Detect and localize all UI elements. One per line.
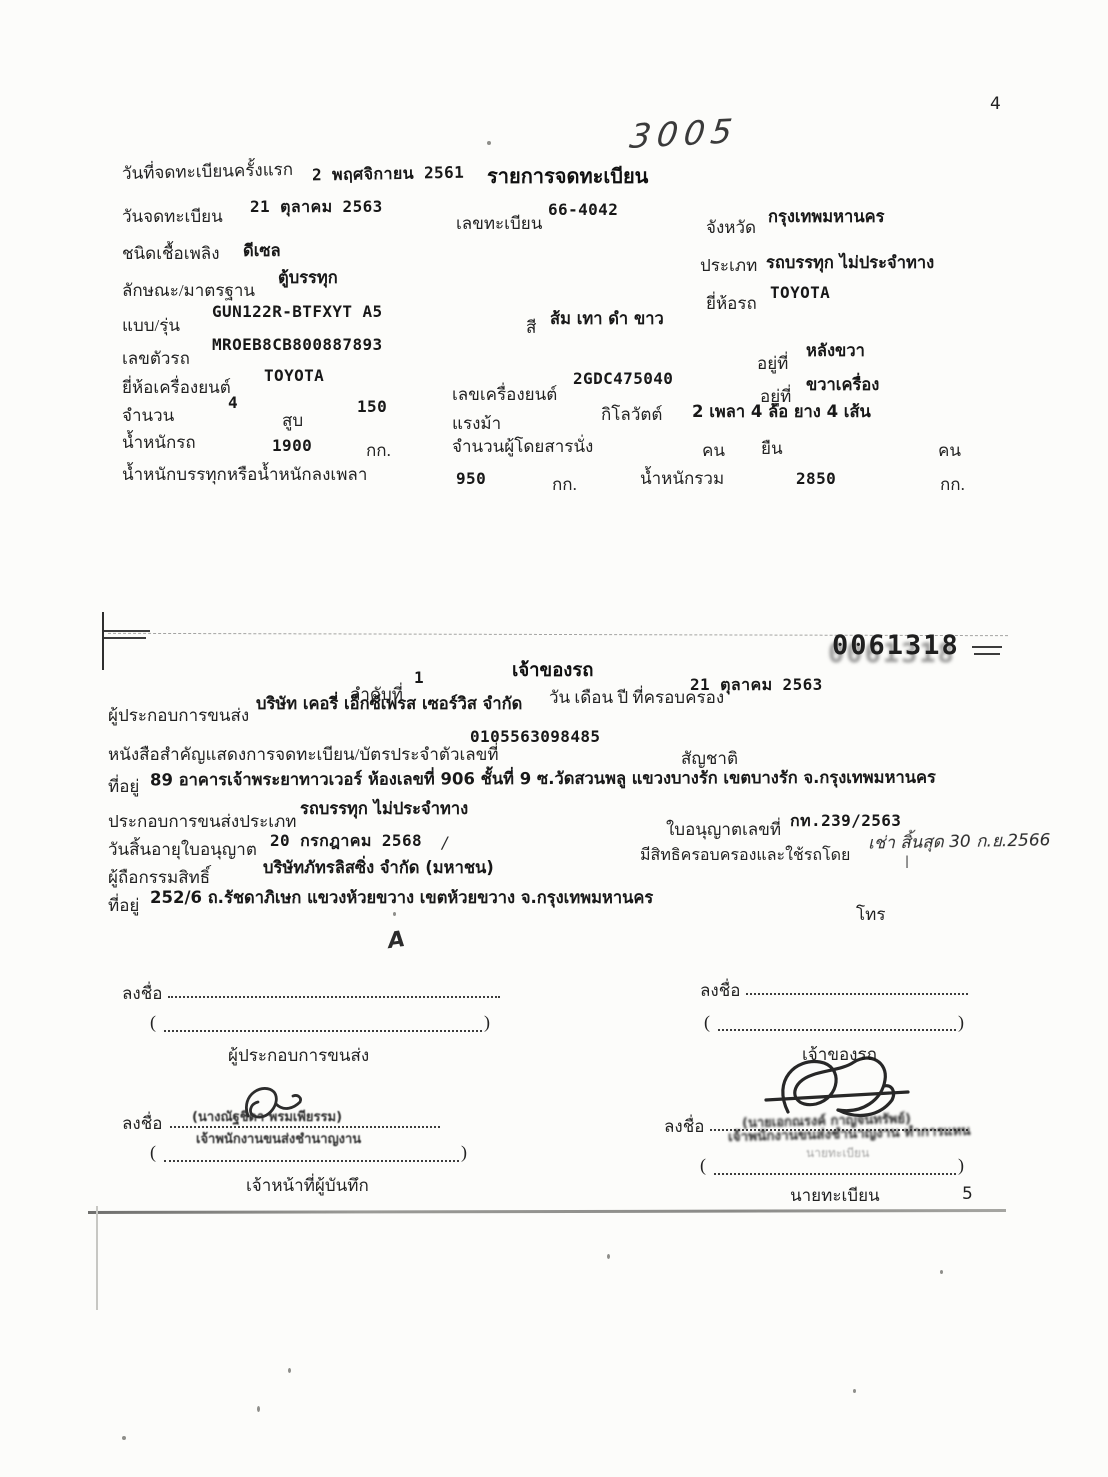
handwritten-caret-mark: | <box>905 854 909 868</box>
serial-stamp-number: 0061318 <box>832 630 960 661</box>
gross-weight-value: 2850 <box>796 469 836 488</box>
axles-wheels-tyres-value: 2 เพลา 4 ล้อ ยาง 4 เส้น <box>692 399 871 425</box>
license-number-label: ใบอนุญาตเลขที่ <box>666 816 781 843</box>
province-value: กรุงเทพมหานคร <box>768 204 885 230</box>
reg-date-label: วันจดทะเบียน <box>122 203 223 230</box>
speck <box>393 912 396 916</box>
reg-date-value: 21 ตุลาคม 2563 <box>250 195 383 220</box>
fuel-value: ดีเซล <box>243 238 281 264</box>
owner-paren-close: ) <box>958 1012 964 1033</box>
horsepower-value: 150 <box>357 397 387 416</box>
vin-position-value: หลังขวา <box>806 338 865 364</box>
plate-label: เลขทะเบียน <box>456 210 542 237</box>
page-number-top: 4 <box>990 94 1001 114</box>
plate-value: 66-4042 <box>548 200 618 219</box>
standing-unit: คน <box>938 437 961 464</box>
kilowatt-label: กิโลวัตต์ <box>601 401 662 428</box>
lienholder-address-value: 252/6 ถ.รัชดาภิเษก แขวงห้วยขวาง เขตห้วยข… <box>150 885 653 911</box>
registrar-faint-imprint: นายทะเบียน <box>806 1144 869 1163</box>
page-number-bottom: 5 <box>962 1184 973 1204</box>
divider-left-tick <box>102 612 104 670</box>
recorder-paren-open: ( <box>150 1142 156 1163</box>
recorder-stamp-name: (นางณัฐชิดา พรมเพียรรม) <box>192 1106 342 1127</box>
license-expiry-label: วันสิ้นอายุใบอนุญาต <box>108 836 257 863</box>
order-value: 1 <box>414 668 424 687</box>
recorder-paren-close: ) <box>461 1142 467 1163</box>
cylinders-label: จำนวน <box>122 402 174 429</box>
operator-address-value: 89 อาคารเจ้าพระยาทาวเวอร์ ห้องเลขที่ 906… <box>150 765 936 794</box>
lienholder-address-label: ที่อยู่ <box>108 892 139 919</box>
curb-weight-unit: กก. <box>366 437 391 464</box>
scan-left-edge <box>96 1206 98 1310</box>
registrar-role-label: นายทะเบียน <box>790 1182 880 1209</box>
speck <box>257 1406 260 1412</box>
first-reg-date-label: วันที่จดทะเบียนครั้งแรก <box>122 156 294 187</box>
license-expiry-value: 20 กรกฎาคม 2568 <box>270 829 422 854</box>
vin-position-label: อยู่ที่ <box>757 350 788 377</box>
recorder-name-line <box>164 1160 459 1162</box>
speck <box>940 1270 943 1274</box>
registrar-name-line <box>714 1173 956 1175</box>
operator-signature-line <box>168 996 500 998</box>
certificate-id-label: หนังสือสำคัญแสดงการจดทะเบียน/บัตรประจำตั… <box>108 741 499 768</box>
divider-equals-bottom <box>974 653 1000 655</box>
operator-paren-open: ( <box>150 1012 156 1033</box>
gross-weight-unit: กก. <box>940 471 965 498</box>
model-label: แบบ/รุ่น <box>122 312 180 339</box>
cylinders-value: 4 <box>228 393 238 412</box>
curb-weight-label: น้ำหนักรถ <box>122 429 196 456</box>
owner-paren-open: ( <box>704 1012 710 1033</box>
first-reg-date-value: 2 พฤศจิกายน 2561 <box>312 161 465 189</box>
seated-passengers-label: จำนวนผู้โดยสารนั่ง <box>452 433 593 460</box>
operator-role-label: ผู้ประกอบการขนส่ง <box>228 1042 369 1069</box>
speck <box>122 1436 126 1440</box>
curb-weight-value: 1900 <box>272 436 312 455</box>
fuel-label: ชนิดเชื้อเพลิง <box>122 240 220 267</box>
lienholder-value: บริษัทภัทรลิสซิ่ง จำกัด (มหาชน) <box>263 855 494 881</box>
possession-date-value: 21 ตุลาคม 2563 <box>690 673 823 698</box>
vin-value: MROEB8CB800887893 <box>212 335 383 354</box>
vin-label: เลขตัวรถ <box>122 345 190 372</box>
engine-brand-value: TOYOTA <box>264 366 324 385</box>
section-title-owner: เจ้าของรถ <box>512 656 593 685</box>
recorder-stamp-title: เจ้าพนักงานขนส่งชำนาญงาน <box>196 1128 361 1149</box>
registrar-sign-label: ลงชื่อ <box>664 1113 704 1140</box>
divider-solid-top <box>104 630 150 632</box>
payload-value: 950 <box>456 469 486 488</box>
owner-signature-line <box>746 993 968 995</box>
registrar-paren-close: ) <box>958 1155 964 1176</box>
registrar-paren-open: ( <box>700 1155 706 1176</box>
type-label: ประเภท <box>700 252 757 279</box>
divider-equals-top <box>972 646 1002 648</box>
payload-unit: กก. <box>552 471 577 498</box>
certificate-id-value: 0105563098485 <box>470 727 600 746</box>
model-value: GUN122R-BTFXYT A5 <box>212 302 383 321</box>
tel-label: โทร <box>856 901 885 928</box>
recorder-role-label: เจ้าหน้าที่ผู้บันทึก <box>246 1172 369 1199</box>
possession-right-handwritten-value: เช่า สิ้นสุด 30 ก.ย.2566 <box>868 826 1051 856</box>
operator-value: บริษัท เคอรี่ เอ็กซ์เพรส เซอร์วิส จำกัด <box>256 691 522 717</box>
scanned-document-page: 4 3005 วันที่จดทะเบียนครั้งแรก 2 พฤศจิกา… <box>0 0 1108 1477</box>
divider-solid-bottom <box>104 637 146 639</box>
engine-brand-label: ยี่ห้อเครื่องยนต์ <box>122 374 231 401</box>
operator-name-line <box>164 1030 482 1032</box>
handwritten-slash-mark: / <box>442 833 447 852</box>
operation-type-label: ประกอบการขนส่งประเภท <box>108 808 297 835</box>
body-style-label: ลักษณะ/มาตรฐาน <box>122 277 255 304</box>
recorder-sign-label: ลงชื่อ <box>122 1110 162 1137</box>
province-label: จังหวัด <box>706 214 756 241</box>
operator-sign-label: ลงชื่อ <box>122 980 162 1007</box>
operation-type-value: รถบรรทุก ไม่ประจำทาง <box>300 796 468 822</box>
brand-label: ยี่ห้อรถ <box>706 290 757 317</box>
color-label: สี <box>526 314 536 341</box>
possession-right-label: มีสิทธิครอบครองและใช้รถโดย <box>640 843 850 868</box>
seated-unit: คน <box>702 437 725 464</box>
body-style-value: ตู้บรรทุก <box>278 265 338 291</box>
speck <box>487 141 491 145</box>
handwritten-check-mark: A <box>386 927 406 954</box>
handwritten-number: 3005 <box>628 111 741 156</box>
speck <box>853 1389 856 1393</box>
owner-sign-label: ลงชื่อ <box>700 977 740 1004</box>
owner-name-line <box>718 1029 956 1031</box>
standing-label: ยืน <box>761 435 783 462</box>
engine-position-value: ขวาเครื่อง <box>806 372 879 398</box>
section-title-registration: รายการจดทะเบียน <box>487 160 648 192</box>
brand-value: TOYOTA <box>770 283 830 302</box>
engine-number-label: เลขเครื่องยนต์ <box>452 381 557 408</box>
speck <box>288 1368 291 1373</box>
operator-paren-close: ) <box>484 1012 490 1033</box>
payload-label: น้ำหนักบรรทุกหรือน้ำหนักลงเพลา <box>122 461 367 488</box>
operator-label: ผู้ประกอบการขนส่ง <box>108 702 249 729</box>
engine-number-value: 2GDC475040 <box>573 369 673 388</box>
type-value: รถบรรทุก ไม่ประจำทาง <box>766 250 934 276</box>
gross-weight-label: น้ำหนักรวม <box>640 465 724 492</box>
operator-address-label: ที่อยู่ <box>108 773 139 800</box>
scan-edge-line <box>88 1209 1006 1214</box>
color-value: ส้ม เทา ดำ ขาว <box>550 306 664 332</box>
cylinders-unit: สูบ <box>282 407 303 434</box>
speck <box>607 1254 610 1259</box>
